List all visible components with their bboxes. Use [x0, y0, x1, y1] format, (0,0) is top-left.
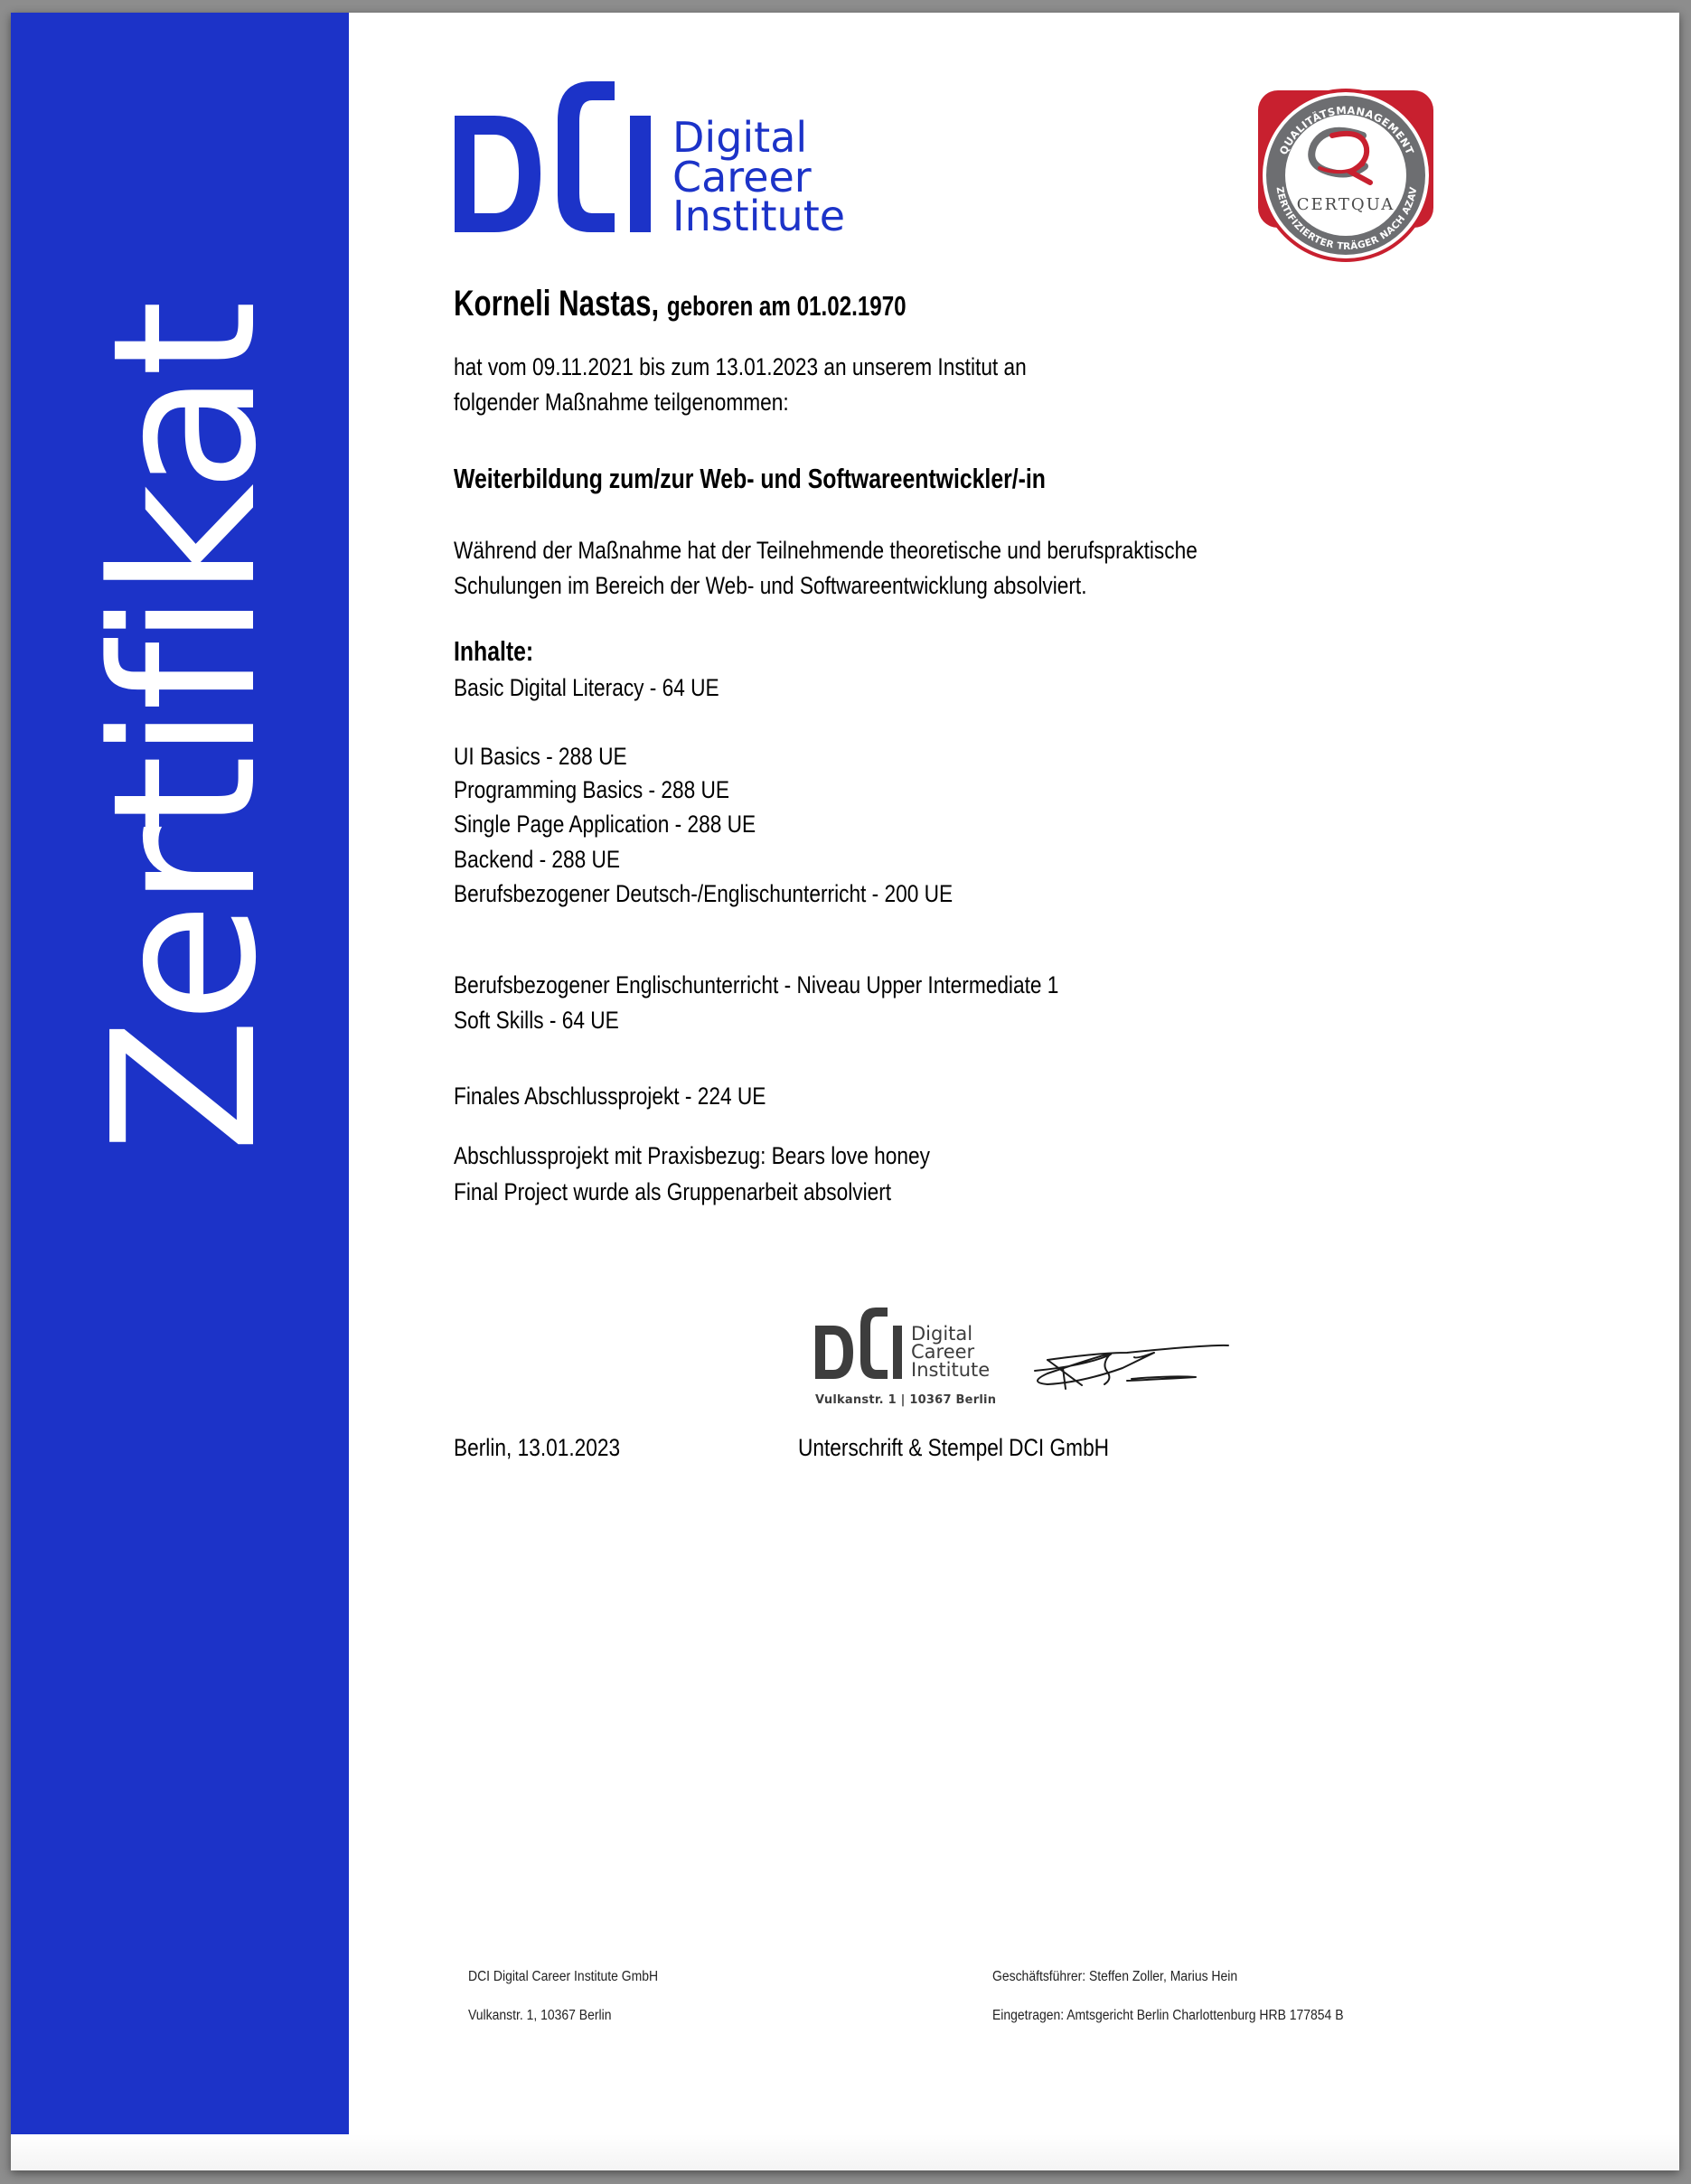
participant-line: Korneli Nastas, geboren am 01.02.1970 — [454, 284, 907, 324]
sidebar-band: Zertifikat — [11, 13, 349, 2170]
group-work-line: Final Project wurde als Gruppenarbeit ab… — [454, 1178, 891, 1206]
module-item: UI Basics - 288 UE — [454, 743, 627, 771]
svg-text:Institute: Institute — [672, 192, 845, 240]
description-line-2: Schulungen im Bereich der Web- und Softw… — [454, 572, 1087, 600]
contents-heading: Inhalte: — [454, 635, 533, 668]
course-title: Weiterbildung zum/zur Web- und Softwaree… — [454, 463, 1046, 495]
dci-stamp-icon: Digital Career Institute Vulkanstr. 1 | … — [811, 1303, 1245, 1420]
svg-text:Institute: Institute — [911, 1359, 990, 1381]
footer-register: Eingetragen: Amtsgericht Berlin Charlott… — [992, 2008, 1344, 2024]
page-edge — [11, 2134, 1679, 2170]
certificate-page: Zertifikat Digital Career Institute — [11, 13, 1679, 2170]
signature-label: Unterschrift & Stempel DCI GmbH — [798, 1434, 1109, 1462]
certqua-seal-icon: QUALITÄTSMANAGEMENT ZERTIFIZIERTER TRÄGE… — [1256, 89, 1437, 269]
module-item: Berufsbezogener Deutsch-/Englischunterri… — [454, 880, 953, 908]
intro-line-2: folgender Maßnahme teilgenommen: — [454, 389, 789, 417]
module-item: Backend - 288 UE — [454, 846, 620, 874]
birth-date: geboren am 01.02.1970 — [667, 290, 907, 322]
project-line: Abschlussprojekt mit Praxisbezug: Bears … — [454, 1142, 930, 1170]
place-date: Berlin, 13.01.2023 — [454, 1434, 620, 1462]
intro-line-1: hat vom 09.11.2021 bis zum 13.01.2023 an… — [454, 353, 1027, 381]
svg-text:CERTQUA: CERTQUA — [1297, 195, 1395, 214]
description-line-1: Während der Maßnahme hat der Teilnehmend… — [454, 537, 1198, 565]
module-item: Finales Abschlussprojekt - 224 UE — [454, 1083, 766, 1111]
module-item: Programming Basics - 288 UE — [454, 776, 729, 804]
svg-text:Vulkanstr. 1 | 10367 Berlin: Vulkanstr. 1 | 10367 Berlin — [815, 1393, 996, 1407]
footer-company: DCI Digital Career Institute GmbH — [468, 1969, 658, 1985]
module-item: Berufsbezogener Englischunterricht - Niv… — [454, 971, 1058, 999]
dci-logo-icon: Digital Career Institute — [454, 80, 869, 251]
footer-address: Vulkanstr. 1, 10367 Berlin — [468, 2008, 611, 2024]
signature-icon — [1035, 1345, 1228, 1389]
module-item: Soft Skills - 64 UE — [454, 1007, 619, 1035]
module-item: Single Page Application - 288 UE — [454, 811, 756, 839]
sidebar-title: Zertifikat — [88, 305, 285, 1153]
participant-name: Korneli Nastas, — [454, 284, 659, 323]
module-item: Basic Digital Literacy - 64 UE — [454, 674, 719, 702]
footer-managers: Geschäftsführer: Steffen Zoller, Marius … — [992, 1969, 1237, 1985]
